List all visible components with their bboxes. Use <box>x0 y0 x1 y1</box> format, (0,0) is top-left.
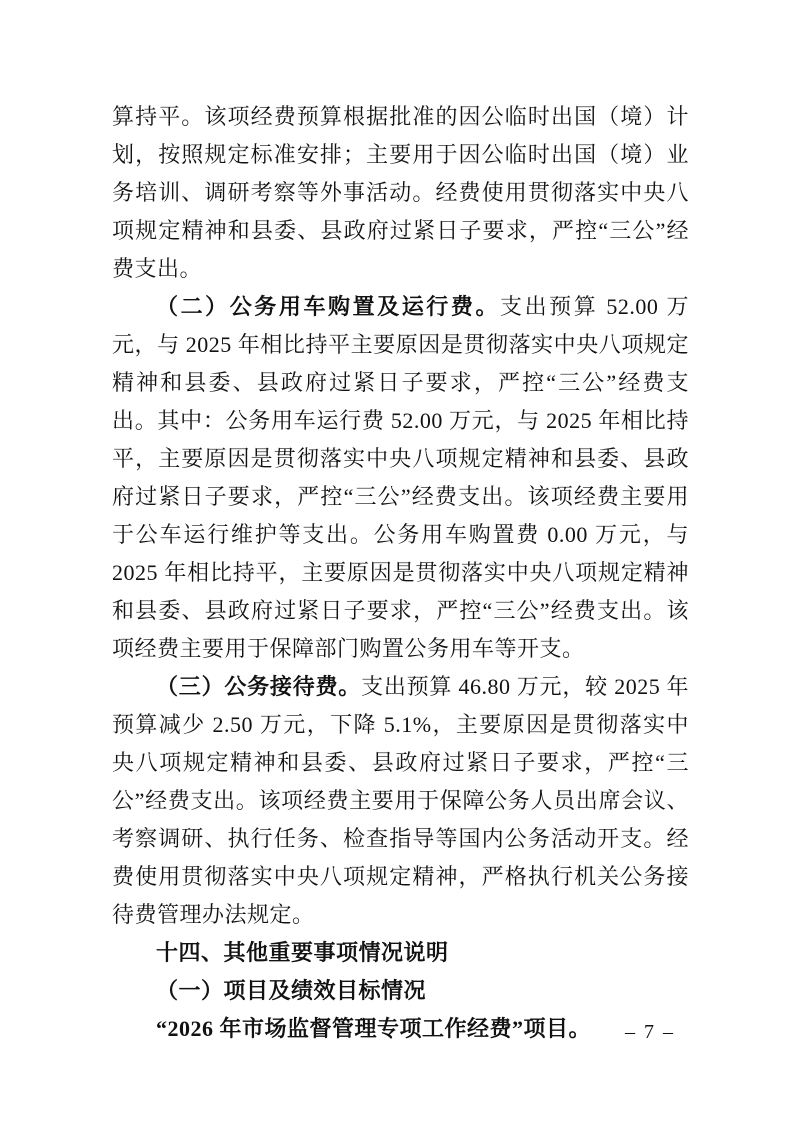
subsection-heading: （一）项目及绩效目标情况 <box>112 972 689 1010</box>
paragraph-continuation: 算持平。该项经费预算根据批准的因公临时出国（境）计划，按照规定标准安排；主要用于… <box>112 98 689 288</box>
paragraph-vehicle-expense-text: 支出预算 52.00 万元，与 2025 年相比持平主要原因是贯彻落实中央八项规… <box>112 294 689 661</box>
project-title-line: “2026 年市场监督管理专项工作经费”项目。 <box>112 1010 689 1048</box>
document-page: 算持平。该项经费预算根据批准的因公临时出国（境）计划，按照规定标准安排；主要用于… <box>0 0 793 1122</box>
paragraph-vehicle-expense-lead: （二）公务用车购置及运行费。 <box>156 294 500 319</box>
paragraph-continuation-text: 算持平。该项经费预算根据批准的因公临时出国（境）计划，按照规定标准安排；主要用于… <box>112 104 689 281</box>
paragraph-reception-expense-lead: （三）公务接待费。 <box>156 674 361 699</box>
document-body: 算持平。该项经费预算根据批准的因公临时出国（境）计划，按照规定标准安排；主要用于… <box>112 98 689 1048</box>
paragraph-vehicle-expense: （二）公务用车购置及运行费。支出预算 52.00 万元，与 2025 年相比持平… <box>112 288 689 668</box>
page-number: – 7 – <box>625 1020 675 1044</box>
section-heading: 十四、其他重要事项情况说明 <box>112 934 689 972</box>
paragraph-reception-expense-text: 支出预算 46.80 万元，较 2025 年预算减少 2.50 万元，下降 5.… <box>112 674 689 927</box>
paragraph-reception-expense: （三）公务接待费。支出预算 46.80 万元，较 2025 年预算减少 2.50… <box>112 668 689 934</box>
